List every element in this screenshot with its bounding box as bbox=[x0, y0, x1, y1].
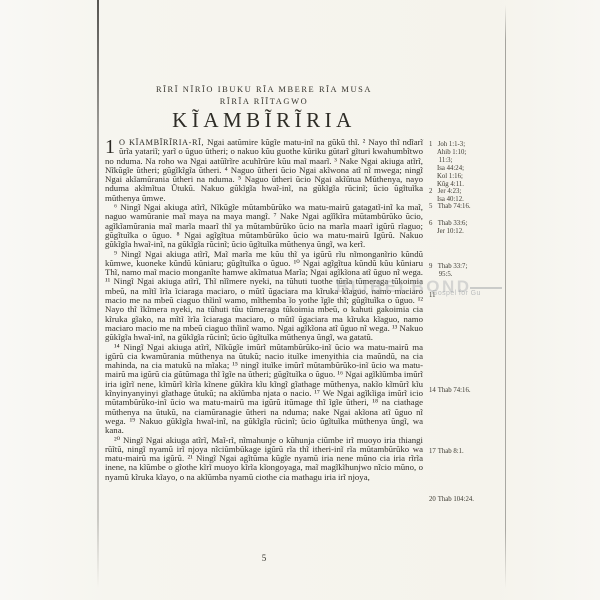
body-paragraph: ⁶ Ningĩ Ngai akiuga atĩrĩ, Nĩkũgĩe mũtam… bbox=[105, 203, 423, 249]
margin-reference-v20: 20 Thab 104:24. bbox=[429, 496, 507, 504]
book-header-line1: RĨRĨ NĨRĨO IBUKU RĨA MBERE RĨA MUSA bbox=[105, 85, 423, 94]
margin-reference-v6: 6 Thab 33:6;Jer 10:12. bbox=[429, 220, 507, 236]
margin-reference-v14: 14 Thab 74:16. bbox=[429, 387, 507, 395]
margin-reference-v2: 2 Jer 4:23;Isa 40:12. bbox=[429, 188, 507, 204]
scanned-book-page: RĨRĨ NĨRĨO IBUKU RĨA MBERE RĨA MUSA RĨRĨ… bbox=[0, 0, 600, 600]
book-header-line2: RĨRĨA RĨĨTAGWO bbox=[105, 97, 423, 106]
margin-reference-v1: 1 Joh 1:1-3;Ahib 1:10; 11:3;Isa 44:24;Ko… bbox=[429, 141, 507, 188]
page-number: 5 bbox=[105, 553, 423, 563]
margin-references: 1 Joh 1:1-3;Ahib 1:10; 11:3;Isa 44:24;Ko… bbox=[429, 0, 503, 600]
verse1-text: Ngai aatũmire kũgĩe matu-inĩ na gũkũ thĩ… bbox=[105, 137, 423, 203]
watermark-text-small: Gospel for Gu bbox=[432, 290, 481, 297]
body-paragraph-first: 1 O KĨAMBĨRĨRIA-RĨ, Ngai aatũmire kũgĩe … bbox=[105, 138, 423, 203]
body-paragraph: ²⁰ Ningĩ Ngai akiuga atĩrĩ, Maĩ-rĩ, nĩma… bbox=[105, 436, 423, 482]
book-title: KĨAMBĨRĨRIA bbox=[105, 108, 423, 133]
body-paragraph: ¹⁴ Ningĩ Ngai akiuga atĩrĩ, Nĩkũgĩe imũr… bbox=[105, 343, 423, 436]
margin-reference-v17: 17 Thab 8:1. bbox=[429, 448, 507, 456]
chapter-number-dropcap: 1 bbox=[105, 139, 115, 156]
page-edge-line-left bbox=[97, 0, 99, 588]
margin-reference-v5: 5 Thab 74:16. bbox=[429, 203, 507, 211]
watermark-dash bbox=[470, 287, 502, 289]
body-paragraphs: 1 O KĨAMBĨRĨRIA-RĨ, Ngai aatũmire kũgĩe … bbox=[105, 138, 423, 482]
